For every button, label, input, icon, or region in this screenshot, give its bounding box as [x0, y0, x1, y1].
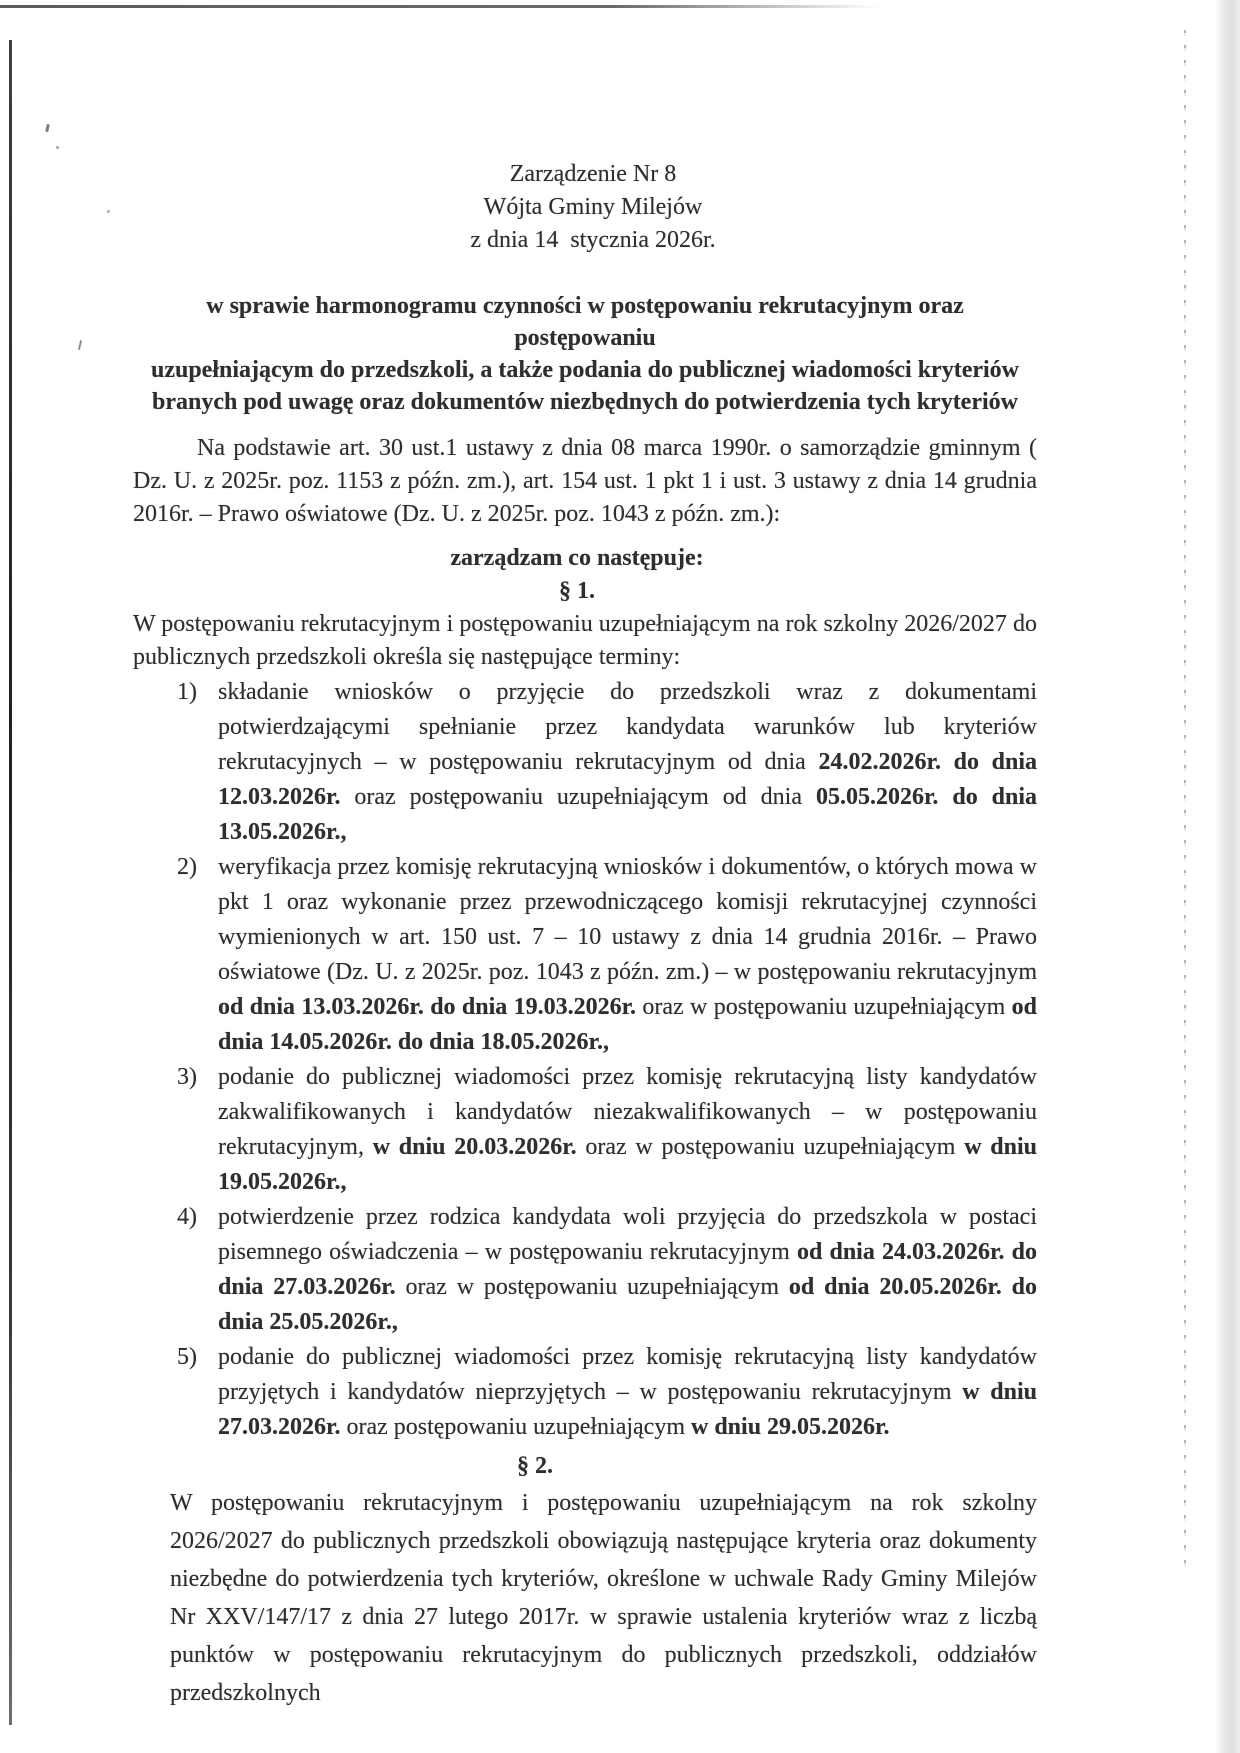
- scan-speck: [45, 124, 50, 132]
- list-item-text: składanie wniosków o przyjęcie do przeds…: [218, 679, 1037, 845]
- list-item-number: 3): [177, 1060, 197, 1095]
- title-line-number: Zarządzenie Nr 8: [149, 158, 1037, 191]
- legal-basis-paragraph: Na podstawie art. 30 ust.1 ustawy z dnia…: [133, 432, 1037, 531]
- list-item: 5) podanie do publicznej wiadomości prze…: [133, 1340, 1037, 1445]
- list-item: 1) składanie wniosków o przyjęcie do prz…: [133, 675, 1037, 850]
- scanned-document-page: Zarządzenie Nr 8 Wójta Gminy Milejów z d…: [0, 0, 1240, 1753]
- document-subject: w sprawie harmonogramu czynności w postę…: [133, 290, 1037, 418]
- document-body: Zarządzenie Nr 8 Wójta Gminy Milejów z d…: [133, 158, 1037, 1712]
- scan-speck: [107, 210, 110, 213]
- list-item-text: podanie do publicznej wiadomości przez k…: [218, 1064, 1037, 1195]
- list-item: 2) weryfikacja przez komisję rekrutacyjn…: [133, 850, 1037, 1060]
- ordain-line: zarządzam co następuje:: [133, 542, 1021, 575]
- document-title: Zarządzenie Nr 8 Wójta Gminy Milejów z d…: [133, 158, 1037, 257]
- scan-artifact-right-shadow: [1214, 0, 1240, 1753]
- list-item-text: weryfikacja przez komisję rekrutacyjną w…: [218, 854, 1037, 1055]
- scan-artifact-left-line: [9, 40, 12, 1725]
- section1-intro: W postępowaniu rekrutacyjnym i postępowa…: [133, 608, 1037, 674]
- scan-artifact-right-dotted-line: [1184, 30, 1186, 1575]
- terms-list: 1) składanie wniosków o przyjęcie do prz…: [133, 675, 1037, 1445]
- list-item: 4) potwierdzenie przez rodzica kandydata…: [133, 1200, 1037, 1340]
- subject-line: branych pod uwagę oraz dokumentów niezbę…: [133, 386, 1037, 418]
- list-item-number: 5): [177, 1340, 197, 1375]
- section2-body: W postępowaniu rekrutacyjnym i postępowa…: [170, 1484, 1037, 1712]
- section1-heading: § 1.: [133, 575, 1021, 608]
- list-item-text: podanie do publicznej wiadomości przez k…: [218, 1344, 1037, 1440]
- section2-heading: § 2.: [133, 1450, 1037, 1483]
- ordain-heading-block: zarządzam co następuje: § 1.: [133, 542, 1037, 608]
- title-line-issuer: Wójta Gminy Milejów: [149, 191, 1037, 224]
- list-item-number: 1): [177, 675, 197, 710]
- title-line-date: z dnia 14 stycznia 2026r.: [149, 224, 1037, 257]
- scan-artifact-top-line: [0, 5, 880, 8]
- list-item: 3) podanie do publicznej wiadomości prze…: [133, 1060, 1037, 1200]
- scan-speck: [78, 340, 82, 350]
- subject-line: uzupełniającym do przedszkoli, a także p…: [133, 354, 1037, 386]
- list-item-text: potwierdzenie przez rodzica kandydata wo…: [218, 1204, 1037, 1335]
- scan-speck: [56, 146, 59, 149]
- list-item-number: 4): [177, 1200, 197, 1235]
- subject-line: w sprawie harmonogramu czynności w postę…: [133, 290, 1037, 354]
- list-item-number: 2): [177, 850, 197, 885]
